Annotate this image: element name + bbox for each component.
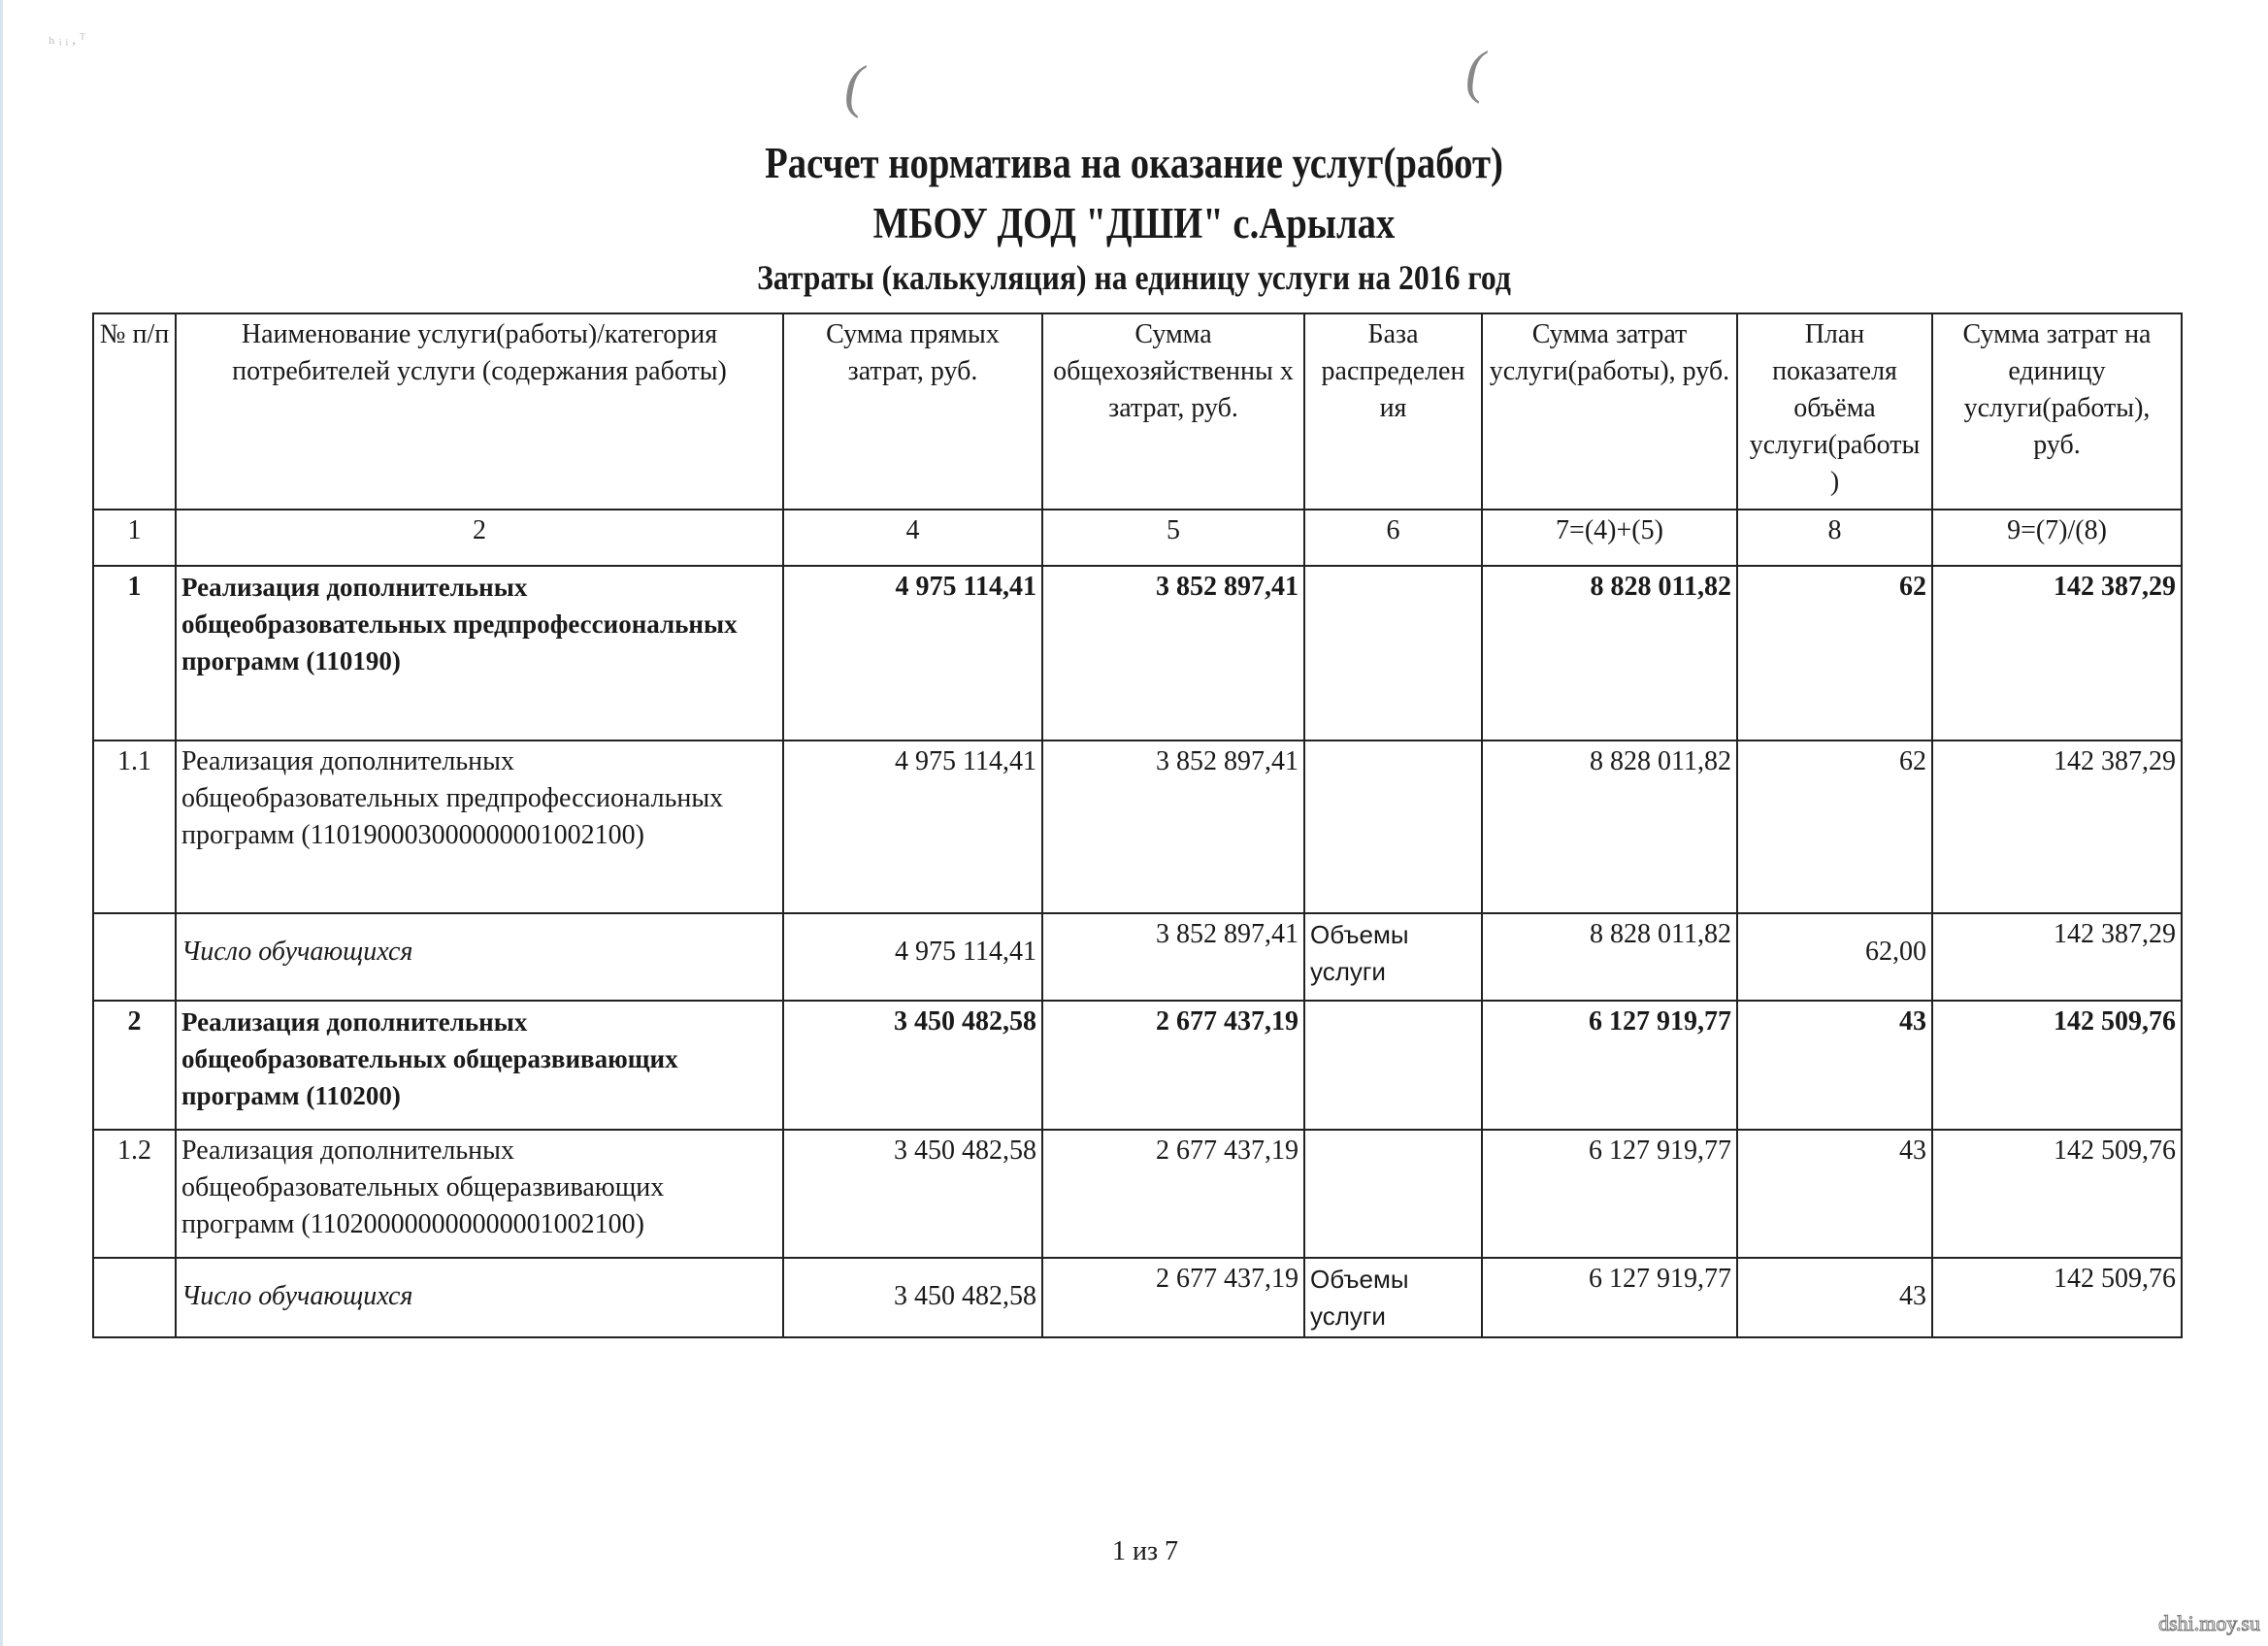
column-header: Наименование услуги(работы)/категория по…	[176, 313, 783, 510]
organization-name: МБОУ ДОД "ДШИ" с.Арылах	[159, 196, 2110, 250]
row-number	[93, 913, 176, 1001]
document-title: Расчет норматива на оказание услуг(работ…	[159, 136, 2110, 190]
row-number: 1.1	[93, 741, 176, 913]
planned-volume: 43	[1737, 1258, 1932, 1337]
total-costs: 8 828 011,82	[1482, 566, 1737, 741]
total-costs: 8 828 011,82	[1482, 913, 1737, 1001]
distribution-basis	[1304, 1130, 1482, 1258]
service-name: Число обучающихся	[176, 1258, 783, 1337]
column-index: 9=(7)/(8)	[1932, 510, 2182, 566]
planned-volume: 62	[1737, 741, 1932, 913]
row-number: 1	[93, 566, 176, 741]
direct-costs: 4 975 114,41	[783, 566, 1042, 741]
unit-cost: 142 509,76	[1932, 1001, 2182, 1130]
page-indicator: 1 из 7	[1068, 1536, 1223, 1567]
row-number	[93, 1258, 176, 1337]
column-index: 5	[1042, 510, 1304, 566]
column-header: Сумма затрат услуги(работы), руб.	[1482, 313, 1737, 510]
overhead-costs: 2 677 437,19	[1042, 1258, 1304, 1337]
table-row: Число обучающихся3 450 482,582 677 437,1…	[93, 1258, 2182, 1337]
total-costs: 6 127 919,77	[1482, 1258, 1737, 1337]
table-row: Число обучающихся4 975 114,413 852 897,4…	[93, 913, 2182, 1001]
distribution-basis	[1304, 566, 1482, 741]
total-costs: 6 127 919,77	[1482, 1130, 1737, 1258]
planned-volume: 43	[1737, 1130, 1932, 1258]
distribution-basis: Объемы услуги	[1304, 913, 1482, 1001]
direct-costs: 3 450 482,58	[783, 1258, 1042, 1337]
document-header: Расчет норматива на оказание услуг(работ…	[0, 136, 2268, 299]
service-name: Число обучающихся	[176, 913, 783, 1001]
unit-cost: 142 509,76	[1932, 1258, 2182, 1337]
hole-punch-mark: (	[844, 53, 864, 120]
row-number: 2	[93, 1001, 176, 1130]
column-index-row: 1 2 4 5 6 7=(4)+(5) 8 9=(7)/(8)	[93, 510, 2182, 566]
distribution-basis	[1304, 741, 1482, 913]
table-row: 1Реализация дополнительных общеобразоват…	[93, 566, 2182, 741]
column-header: Сумма прямых затрат, руб.	[783, 313, 1042, 510]
direct-costs: 3 450 482,58	[783, 1130, 1042, 1258]
planned-volume: 43	[1737, 1001, 1932, 1130]
column-index: 2	[176, 510, 783, 566]
distribution-basis: Объемы услуги	[1304, 1258, 1482, 1337]
table-row: 1.1Реализация дополнительных общеобразов…	[93, 741, 2182, 913]
direct-costs: 4 975 114,41	[783, 741, 1042, 913]
overhead-costs: 3 852 897,41	[1042, 741, 1304, 913]
table-header-row: № п/п Наименование услуги(работы)/катего…	[93, 313, 2182, 510]
service-name: Реализация дополнительных общеобразовате…	[176, 741, 783, 913]
hole-punch-mark: (	[1465, 39, 1485, 106]
overhead-costs: 2 677 437,19	[1042, 1001, 1304, 1130]
scan-marks: ₕ ᵢ ᵢ , ᵀ	[49, 29, 85, 49]
column-index: 7=(4)+(5)	[1482, 510, 1737, 566]
table-row: 2Реализация дополнительных общеобразоват…	[93, 1001, 2182, 1130]
total-costs: 8 828 011,82	[1482, 741, 1737, 913]
total-costs: 6 127 919,77	[1482, 1001, 1737, 1130]
cost-calculation-table: № п/п Наименование услуги(работы)/катего…	[92, 313, 2183, 1338]
overhead-costs: 2 677 437,19	[1042, 1130, 1304, 1258]
overhead-costs: 3 852 897,41	[1042, 566, 1304, 741]
table-row: 1.2Реализация дополнительных общеобразов…	[93, 1130, 2182, 1258]
overhead-costs: 3 852 897,41	[1042, 913, 1304, 1001]
service-name: Реализация дополнительных общеобразовате…	[176, 566, 783, 741]
distribution-basis	[1304, 1001, 1482, 1130]
column-header: № п/п	[93, 313, 176, 510]
site-watermark: dshi.moy.su	[2158, 1611, 2260, 1636]
column-index: 1	[93, 510, 176, 566]
column-index: 6	[1304, 510, 1482, 566]
service-name: Реализация дополнительных общеобразовате…	[176, 1130, 783, 1258]
column-index: 4	[783, 510, 1042, 566]
service-name: Реализация дополнительных общеобразовате…	[176, 1001, 783, 1130]
direct-costs: 4 975 114,41	[783, 913, 1042, 1001]
column-header: Сумма затрат на единицу услуги(работы), …	[1932, 313, 2182, 510]
row-number: 1.2	[93, 1130, 176, 1258]
unit-cost: 142 387,29	[1932, 566, 2182, 741]
column-header: План показателя объёма услуги(работы )	[1737, 313, 1932, 510]
unit-cost: 142 387,29	[1932, 741, 2182, 913]
document-subtitle: Затраты (калькуляция) на единицу услуги …	[136, 256, 2132, 299]
unit-cost: 142 387,29	[1932, 913, 2182, 1001]
unit-cost: 142 509,76	[1932, 1130, 2182, 1258]
planned-volume: 62	[1737, 566, 1932, 741]
planned-volume: 62,00	[1737, 913, 1932, 1001]
column-header: Сумма общехозяйственны х затрат, руб.	[1042, 313, 1304, 510]
column-index: 8	[1737, 510, 1932, 566]
column-header: База распределен ия	[1304, 313, 1482, 510]
direct-costs: 3 450 482,58	[783, 1001, 1042, 1130]
